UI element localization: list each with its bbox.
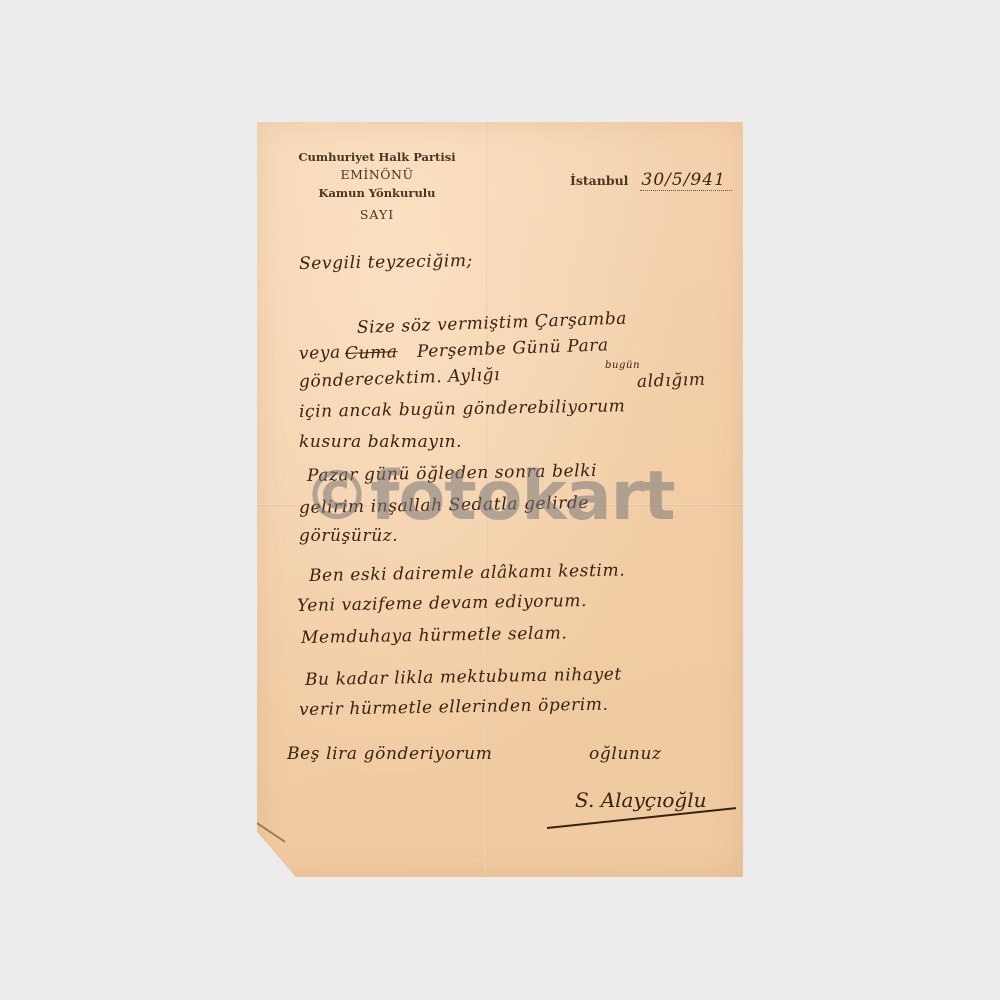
postscript: Beş lira gönderiyorum [287,744,492,764]
letter-line-1: Size söz vermiştim Çarşamba [357,309,628,338]
letter-line-5: kusura bakmayın. [299,432,462,452]
letter-line-3b: aldığım [637,370,706,392]
letter-line-4: için ancak bugün gönderebiliyorum [299,396,626,422]
letter-line-9: Ben eski dairemle alâkamı kestim. [309,560,626,586]
torn-corner-edge [257,822,286,842]
letterhead-number-label: SAYI [287,206,467,224]
letter-inserted-word: bugün [605,360,640,371]
letter-line-12: Bu kadar likla mektubuma nihayet [305,664,622,690]
letterhead-party-name: Cumhuriyet Halk Partisi [287,148,467,166]
letter-line-2-struck-word: Cuma [345,342,398,364]
dateline-place: İstanbul [570,173,628,188]
letter-line-7: gelirim inşallah Sedatla gelirde [299,493,589,518]
page-stage: Cumhuriyet Halk Partisi EMİNÖNÜ Kamun Yö… [0,0,1000,1000]
letter-line-11: Memduhaya hürmetle selam. [301,623,568,648]
letter-line-8: görüşürüz. [299,526,398,546]
signature: S. Alayçıoğlu [575,788,706,812]
closing: oğlunuz [589,744,662,764]
letter-line-6: Pazar günü öğleden sonra belki [307,461,597,486]
dateline: İstanbul 30/5/941 [570,170,732,190]
salutation: Sevgili teyzeciğim; [299,251,473,274]
letter-line-3a: gönderecektim. Aylığı [299,365,501,392]
letter-line-13: verir hürmetle ellerinden öperim. [299,695,609,720]
letterhead-committee: Kamun Yönkurulu [287,184,467,202]
letter-paper: Cumhuriyet Halk Partisi EMİNÖNÜ Kamun Yö… [257,122,743,877]
letterhead-district: EMİNÖNÜ [287,166,467,184]
letterhead: Cumhuriyet Halk Partisi EMİNÖNÜ Kamun Yö… [287,148,467,224]
letter-line-10: Yeni vazifeme devam ediyorum. [297,591,587,616]
dateline-date: 30/5/941 [640,170,732,191]
letter-line-2a: veya [299,343,341,364]
letter-line-2b: Perşembe Günü Para [417,335,609,362]
